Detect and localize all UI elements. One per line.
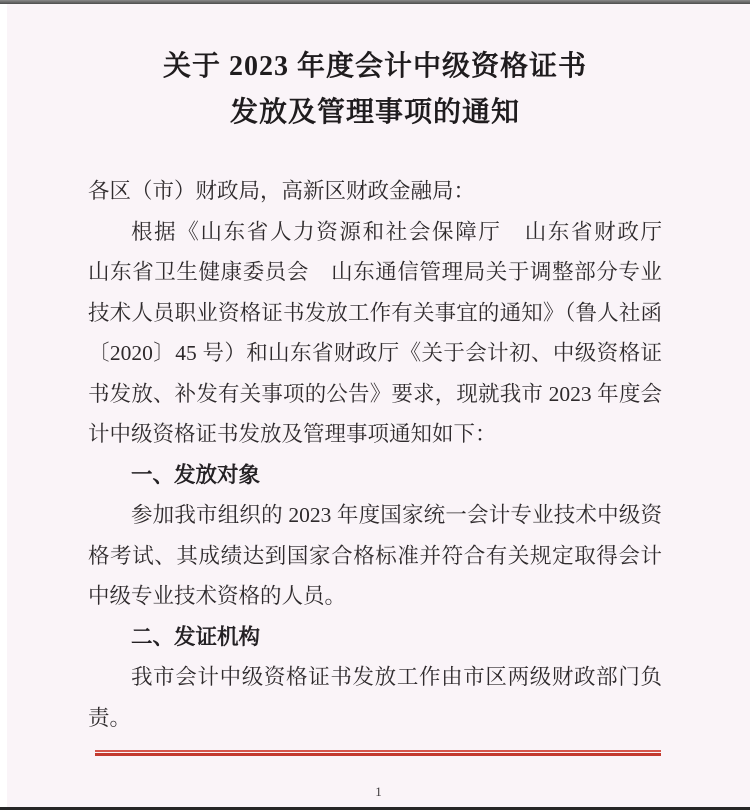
document-title: 关于 2023 年度会计中级资格证书 发放及管理事项的通知 [88, 44, 662, 136]
salutation-line: 各区（市）财政局，高新区财政金融局： [88, 171, 662, 212]
document-title-line-2: 发放及管理事项的通知 [230, 97, 520, 128]
intro-paragraph: 根据《山东省人力资源和社会保障厅 山东省财政厅 山东省卫生健康委员会 山东通信管… [88, 212, 662, 455]
scanner-left-margin [0, 4, 7, 807]
section-heading-2: 二、发证机构 [88, 617, 662, 658]
scanned-document-page: 关于 2023 年度会计中级资格证书 发放及管理事项的通知 各区（市）财政局，高… [7, 4, 750, 807]
footer-red-double-rule [95, 750, 661, 756]
document-content: 关于 2023 年度会计中级资格证书 发放及管理事项的通知 各区（市）财政局，高… [88, 4, 662, 738]
document-title-line-1: 关于 2023 年度会计中级资格证书 [163, 51, 587, 82]
page-number: 1 [7, 784, 750, 800]
section-1-paragraph: 参加我市组织的 2023 年度国家统一会计专业技术中级资格考试、其成绩达到国家合… [88, 495, 662, 617]
footer-red-rule-thick-line [95, 753, 661, 756]
section-2-paragraph: 我市会计中级资格证书发放工作由市区两级财政部门负责。 [88, 657, 662, 738]
section-heading-1: 一、发放对象 [88, 455, 662, 496]
document-body: 各区（市）财政局，高新区财政金融局： 根据《山东省人力资源和社会保障厅 山东省财… [88, 171, 662, 738]
